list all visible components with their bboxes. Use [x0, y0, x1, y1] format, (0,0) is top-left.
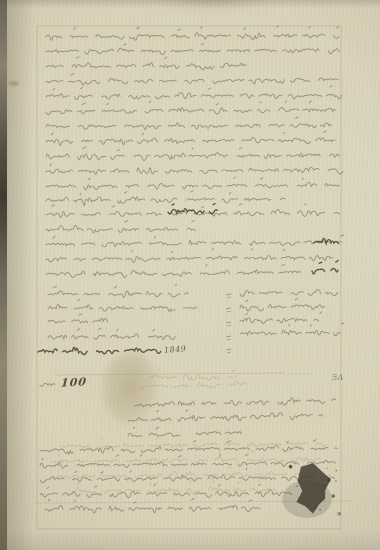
year-figure: 1849 — [164, 344, 187, 355]
ink-blot — [282, 463, 341, 518]
ink-layer — [0, 0, 380, 550]
ruled-frame — [37, 26, 341, 529]
ditto-marks — [226, 294, 231, 353]
upper-paragraph-handwriting — [46, 26, 344, 278]
manuscript-scan: 100 5Δ 1849 — [0, 0, 380, 550]
upper-totals-right-column — [240, 289, 344, 335]
entry-number: 100 — [60, 375, 87, 389]
folio-number: 5Δ — [332, 373, 344, 383]
pencil-rule-line — [55, 373, 285, 375]
upper-totals-left-column — [48, 285, 197, 340]
signature-line-handwriting — [38, 347, 161, 354]
bleedthrough-handwriting — [52, 368, 326, 494]
